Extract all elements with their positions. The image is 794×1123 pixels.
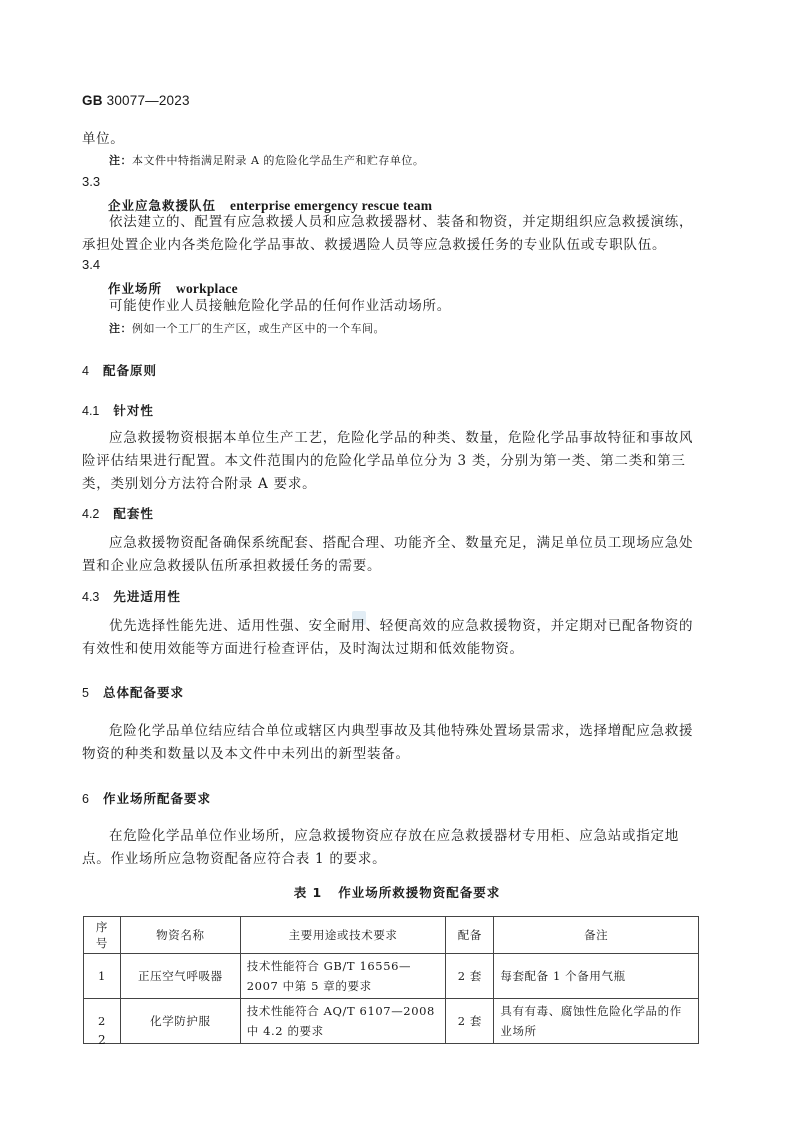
table-caption: 表 1作业场所救援物资配备要求 (0, 883, 794, 901)
note-3-2: 注：本文件中特指满足附录 A 的危险化学品生产和贮存单位。 (109, 152, 424, 168)
heading-number: 4 (82, 364, 89, 378)
cell-item-name: 正压空气呼吸器 (120, 954, 240, 999)
document-page: GB 30077—2023 单位。 注：本文件中特指满足附录 A 的危险化学品生… (0, 0, 794, 1123)
heading-title: 配备原则 (103, 363, 157, 378)
term-zh: 作业场所 (108, 281, 162, 296)
standard-code: GB 30077—2023 (82, 93, 190, 108)
note-3-4: 注：例如一个工厂的生产区，或生产区中的一个车间。 (109, 320, 385, 336)
table-row: 2 化学防护服 技术性能符合 AQ/T 6107—2008 中 4.2 的要求 … (84, 999, 699, 1044)
heading-title: 针对性 (113, 403, 154, 418)
header-quantity: 配备 (446, 917, 494, 954)
header-seq: 序号 (84, 917, 121, 954)
heading-number: 4.3 (82, 590, 99, 604)
clause-number-3-4: 3.4 (82, 257, 100, 272)
heading-number: 4.2 (82, 507, 99, 521)
paragraph-4-3: 优先选择性能先进、适用性强、安全耐用、轻便高效的应急救援物资，并定期对已配备物资… (82, 615, 702, 661)
heading-section-4: 4配备原则 (82, 361, 157, 379)
cell-seq: 1 (84, 954, 121, 999)
paragraph-4-2: 应急救援物资配备确保系统配套、搭配合理、功能齐全、数量充足，满足单位员工现场应急… (82, 532, 702, 578)
header-purpose: 主要用途或技术要求 (240, 917, 446, 954)
table-caption-label: 表 1 (294, 885, 323, 900)
definition-3-4: 可能使作业人员接触危险化学品的任何作业活动场所。 (82, 295, 702, 318)
paragraph-5: 危险化学品单位结应结合单位或辖区内典型事故及其他特殊处置场景需求，选择增配应急救… (82, 720, 702, 766)
table-header-row: 序号 物资名称 主要用途或技术要求 配备 备注 (84, 917, 699, 954)
requirements-table: 序号 物资名称 主要用途或技术要求 配备 备注 1 正压空气呼吸器 技术性能符合… (83, 916, 699, 1044)
header-item-name: 物资名称 (120, 917, 240, 954)
note-text: 本文件中特指满足附录 A 的危险化学品生产和贮存单位。 (132, 154, 424, 167)
heading-title: 先进适用性 (113, 589, 181, 604)
standard-prefix: GB (82, 93, 103, 108)
paragraph-6: 在危险化学品单位作业场所，应急救援物资应存放在应急救援器材专用柜、应急站或指定地… (82, 825, 702, 871)
table-caption-title: 作业场所救援物资配备要求 (338, 885, 500, 900)
page-number: 2 (98, 1033, 106, 1047)
heading-title: 总体配备要求 (103, 685, 184, 700)
clause-number-3-3: 3.3 (82, 174, 100, 189)
cell-quantity: 2 套 (446, 954, 494, 999)
cell-item-name: 化学防护服 (120, 999, 240, 1044)
heading-section-5: 5总体配备要求 (82, 683, 184, 701)
cell-purpose: 技术性能符合 AQ/T 6107—2008 中 4.2 的要求 (240, 999, 446, 1044)
heading-number: 5 (82, 686, 89, 700)
heading-number: 4.1 (82, 404, 99, 418)
heading-number: 6 (82, 792, 89, 806)
heading-4-3: 4.3先进适用性 (82, 587, 181, 605)
table-row: 1 正压空气呼吸器 技术性能符合 GB/T 16556—2007 中第 5 章的… (84, 954, 699, 999)
heading-title: 作业场所配备要求 (103, 791, 211, 806)
note-text: 例如一个工厂的生产区，或生产区中的一个车间。 (132, 322, 385, 335)
cell-quantity: 2 套 (446, 999, 494, 1044)
term-en: workplace (176, 281, 238, 296)
standard-number: 30077—2023 (107, 93, 190, 108)
note-label: 注： (109, 322, 132, 335)
cell-remarks: 具有有毒、腐蚀性危险化学品的作业场所 (494, 999, 699, 1044)
paragraph-4-1: 应急救援物资根据本单位生产工艺，危险化学品的种类、数量，危险化学品事故特征和事故… (82, 427, 702, 496)
note-label: 注： (109, 154, 132, 167)
continued-text: 单位。 (82, 128, 124, 151)
definition-3-3: 依法建立的、配置有应急救援人员和应急救援器材、装备和物资，并定期组织应急救援演练… (82, 211, 702, 257)
heading-4-2: 4.2配套性 (82, 504, 154, 522)
cell-remarks: 每套配备 1 个备用气瓶 (494, 954, 699, 999)
header-remarks: 备注 (494, 917, 699, 954)
heading-4-1: 4.1针对性 (82, 401, 154, 419)
heading-section-6: 6作业场所配备要求 (82, 789, 211, 807)
cell-purpose: 技术性能符合 GB/T 16556—2007 中第 5 章的要求 (240, 954, 446, 999)
heading-title: 配套性 (113, 506, 154, 521)
